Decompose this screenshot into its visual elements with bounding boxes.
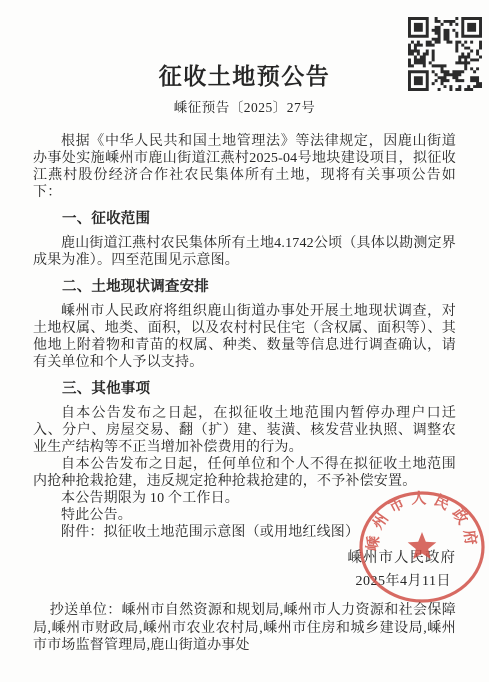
- section-2-paragraph: 嵊州市人民政府将组织鹿山街道办事处开展土地现状调查，对土地权属、地类、面积，以及…: [33, 303, 456, 371]
- intro-paragraph: 根据《中华人民共和国土地管理法》等法律规定，因鹿山街道办事处实施嵊州市鹿山街道江…: [33, 133, 456, 201]
- section-1-heading: 一、征收范围: [33, 211, 456, 228]
- qr-pattern: [408, 17, 482, 91]
- section-3-paragraph-2: 自本公告发布之日起，任何单位和个人不得在拟征收土地范围内抢种抢栽抢建，违反规定抢…: [33, 456, 456, 490]
- attachment-line: 附件：拟征收土地范围示意图（或用地红线图）: [33, 524, 456, 541]
- announcement-page: 征收土地预公告 嵊征预告〔2025〕27号 根据《中华人民共和国土地管理法》等法…: [0, 0, 489, 682]
- page-title: 征收土地预公告: [33, 62, 456, 92]
- signature-issuer: 嵊州市人民政府: [33, 549, 456, 567]
- section-1-paragraph: 鹿山街道江燕村农民集体所有土地4.1742公顷（具体以勘测定界成果为准）。四至范…: [33, 235, 456, 269]
- section-3-heading: 三、其他事项: [33, 381, 456, 398]
- notice-period-line: 本公告期限为 10 个工作日。: [33, 490, 456, 507]
- section-3-paragraph-1: 自本公告发布之日起，在拟征收土地范围内暂停办理户口迁入、分户、房屋交易、翻（扩）…: [33, 405, 456, 456]
- qr-code-icon: [408, 17, 482, 91]
- doc-number: 嵊征预告〔2025〕27号: [33, 100, 456, 116]
- signature-date: 2025年4月11日: [33, 573, 456, 590]
- closing-line: 特此公告。: [33, 507, 456, 524]
- cc-list: 抄送单位：嵊州市自然资源和规划局,嵊州市人力资源和社会保障局,嵊州市财政局,嵊州…: [33, 602, 456, 655]
- section-2-heading: 二、土地现状调查安排: [33, 279, 456, 296]
